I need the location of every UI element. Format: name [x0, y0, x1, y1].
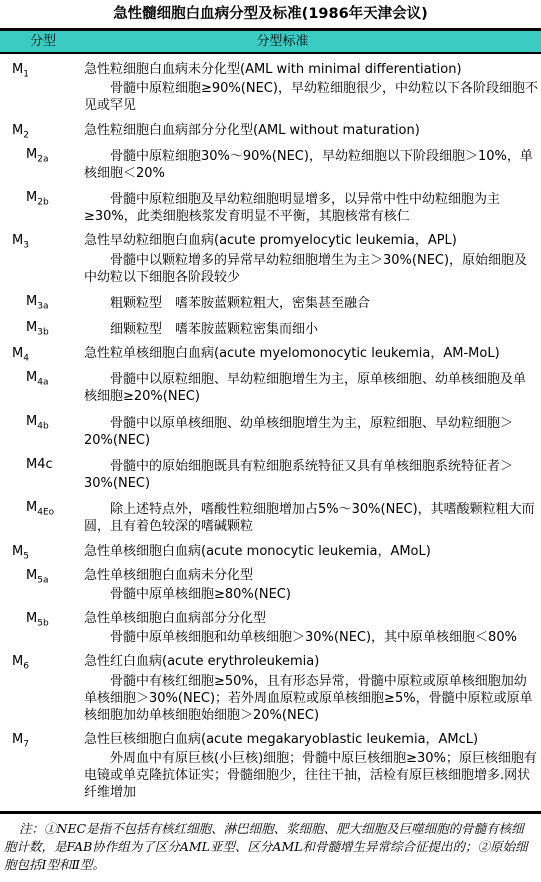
criteria-paragraph: 外周血中有原巨核(小巨核)细胞；骨髓中原巨核细胞≥30%；原巨核细胞有电镜或单克…	[84, 750, 538, 801]
criteria-paragraph: 骨髓中原粒细胞30%～90%(NEC)，早幼粒细胞以下阶段细胞＞10%，单核细胞…	[84, 148, 538, 182]
type-label-cell: M3	[0, 232, 84, 285]
type-label-cell: M1	[0, 61, 84, 114]
table-row: M3 急性早幼粒细胞白血病(acute promyelocytic leukem…	[0, 232, 541, 285]
type-label-cell: M2b	[0, 189, 84, 225]
criteria-cell: 骨髓中的原始细胞既具有粒细胞系统特征又具有单核细胞系统特征者＞30%(NEC)	[84, 456, 541, 492]
type-label: M5a	[26, 568, 48, 583]
type-label-cell: M2	[0, 122, 84, 139]
type-label-cell: M7	[0, 731, 84, 802]
type-label: M5b	[26, 611, 49, 626]
aml-classification-document: 急性髓细胞白血病分型及标准(1986年天津会议) 分型 分型标准 M1 急性粒细…	[0, 0, 541, 882]
criteria-cell: 急性早幼粒细胞白血病(acute promyelocytic leukemia，…	[84, 232, 541, 285]
type-label-cell: M4b	[0, 413, 84, 449]
type-label: M4a	[26, 370, 48, 385]
column-header-criteria: 分型标准	[84, 33, 541, 50]
criteria-cell: 骨髓中原粒细胞30%～90%(NEC)，早幼粒细胞以下阶段细胞＞10%，单核细胞…	[84, 146, 541, 182]
criteria-paragraph: 骨髓中原粒细胞≥90%(NEC)，早幼粒细胞很少，中幼粒以下各阶段细胞不见或罕见	[84, 80, 538, 114]
criteria-cell: 急性单核细胞白血病(acute monocytic leukemia，AMoL)	[84, 543, 541, 560]
type-label: M6	[12, 654, 29, 669]
table-row: M4c 骨髓中的原始细胞既具有粒细胞系统特征又具有单核细胞系统特征者＞30%(N…	[0, 456, 541, 492]
type-label-cell: M3b	[0, 319, 84, 338]
type-label-cell: M2a	[0, 146, 84, 182]
table-row: M5b 急性单核细胞白血病部分分化型骨髓中原单核细胞和幼单核细胞＞30%(NEC…	[0, 610, 541, 646]
type-label: M3	[12, 233, 29, 248]
table-row: M1 急性粒细胞白血病未分化型(AML with minimal differe…	[0, 61, 541, 114]
criteria-cell: 急性红白血病(acute erythroleukemia)骨髓中有核红细胞≥50…	[84, 653, 541, 724]
criteria-cell: 骨髓中以原单核细胞、幼单核细胞增生为主，原粒细胞、早幼粒细胞＞20%(NEC)	[84, 413, 541, 449]
table-row: M7 急性巨核细胞白血病(acute megakaryoblastic leuk…	[0, 731, 541, 802]
criteria-title: 急性单核细胞白血病(acute monocytic leukemia，AMoL)	[84, 543, 538, 560]
type-label: M2a	[26, 147, 48, 162]
table-header-row: 分型 分型标准	[0, 31, 541, 52]
table-row: M3a 粗颗粒型 嗜苯胺蓝颗粒粗大，密集甚至融合	[0, 293, 541, 312]
criteria-paragraph: 骨髓中的原始细胞既具有粒细胞系统特征又具有单核细胞系统特征者＞30%(NEC)	[84, 458, 538, 492]
type-label-cell: M4a	[0, 369, 84, 405]
criteria-paragraph: 细颗粒型 嗜苯胺蓝颗粒密集而细小	[84, 321, 538, 338]
table-row: M2 急性粒细胞白血病部分分化型(AML without maturation)	[0, 122, 541, 139]
table-row: M2a 骨髓中原粒细胞30%～90%(NEC)，早幼粒细胞以下阶段细胞＞10%，…	[0, 146, 541, 182]
criteria-paragraph: 骨髓中原粒细胞及早幼粒细胞明显增多，以异常中性中幼粒细胞为主≥30%，此类细胞核…	[84, 191, 538, 225]
type-label-cell: M4c	[0, 456, 84, 492]
criteria-paragraph: 骨髓中以原粒细胞、早幼粒细胞增生为主，原单核细胞、幼单核细胞及单核细胞≥20%(…	[84, 371, 538, 405]
criteria-cell: 细颗粒型 嗜苯胺蓝颗粒密集而细小	[84, 319, 541, 338]
type-label: M7	[12, 732, 29, 747]
type-label: M4c	[26, 457, 53, 472]
criteria-title: 急性粒细胞白血病未分化型(AML with minimal differenti…	[84, 61, 538, 78]
type-label: M5	[12, 544, 29, 559]
page-title: 急性髓细胞白血病分型及标准(1986年天津会议)	[0, 0, 541, 28]
type-label-cell: M4	[0, 345, 84, 362]
type-label: M3b	[26, 320, 49, 335]
criteria-paragraph: 骨髓中原单核细胞和幼单核细胞＞30%(NEC)，其中原单核细胞＜80%	[84, 629, 538, 646]
criteria-cell: 除上述特点外，嗜酸性粒细胞增加占5%～30%(NEC)，其嗜酸颗粒粗大而圆，且有…	[84, 499, 541, 535]
criteria-title: 急性单核细胞白血病部分分化型	[84, 610, 538, 627]
criteria-cell: 急性巨核细胞白血病(acute megakaryoblastic leukemi…	[84, 731, 541, 802]
table-row: M4Eo 除上述特点外，嗜酸性粒细胞增加占5%～30%(NEC)，其嗜酸颗粒粗大…	[0, 499, 541, 535]
type-label-cell: M5	[0, 543, 84, 560]
criteria-cell: 粗颗粒型 嗜苯胺蓝颗粒粗大，密集甚至融合	[84, 293, 541, 312]
criteria-title: 急性单核细胞白血病未分化型	[84, 567, 538, 584]
criteria-cell: 急性单核细胞白血病部分分化型骨髓中原单核细胞和幼单核细胞＞30%(NEC)，其中…	[84, 610, 541, 646]
type-label-cell: M4Eo	[0, 499, 84, 535]
criteria-title: 急性巨核细胞白血病(acute megakaryoblastic leukemi…	[84, 731, 538, 748]
table-row: M6 急性红白血病(acute erythroleukemia)骨髓中有核红细胞…	[0, 653, 541, 724]
footnote: 注：①NEC是指不包括有核红细胞、淋巴细胞、浆细胞、肥大细胞及巨噬细胞的骨髓有核…	[0, 814, 541, 882]
type-label: M2b	[26, 190, 49, 205]
criteria-paragraph: 骨髓中以原单核细胞、幼单核细胞增生为主，原粒细胞、早幼粒细胞＞20%(NEC)	[84, 415, 538, 449]
criteria-title: 急性粒单核细胞白血病(acute myelomonocytic leukemia…	[84, 345, 538, 362]
type-label: M2	[12, 123, 29, 138]
criteria-title: 急性红白血病(acute erythroleukemia)	[84, 653, 538, 670]
criteria-cell: 急性单核细胞白血病未分化型骨髓中原单核细胞≥80%(NEC)	[84, 567, 541, 603]
type-label: M4	[12, 346, 29, 361]
criteria-cell: 骨髓中原粒细胞及早幼粒细胞明显增多，以异常中性中幼粒细胞为主≥30%，此类细胞核…	[84, 189, 541, 225]
type-label-cell: M3a	[0, 293, 84, 312]
criteria-cell: 急性粒细胞白血病部分分化型(AML without maturation)	[84, 122, 541, 139]
column-header-type: 分型	[0, 33, 84, 50]
criteria-paragraph: 粗颗粒型 嗜苯胺蓝颗粒粗大，密集甚至融合	[84, 295, 538, 312]
table-row: M2b 骨髓中原粒细胞及早幼粒细胞明显增多，以异常中性中幼粒细胞为主≥30%，此…	[0, 189, 541, 225]
type-label-cell: M6	[0, 653, 84, 724]
table-row: M4a 骨髓中以原粒细胞、早幼粒细胞增生为主，原单核细胞、幼单核细胞及单核细胞≥…	[0, 369, 541, 405]
type-label: M4Eo	[26, 500, 54, 515]
type-label-cell: M5b	[0, 610, 84, 646]
criteria-cell: 骨髓中以原粒细胞、早幼粒细胞增生为主，原单核细胞、幼单核细胞及单核细胞≥20%(…	[84, 369, 541, 405]
table-row: M5a 急性单核细胞白血病未分化型骨髓中原单核细胞≥80%(NEC)	[0, 567, 541, 603]
table-row: M5 急性单核细胞白血病(acute monocytic leukemia，AM…	[0, 543, 541, 560]
table-row: M4b 骨髓中以原单核细胞、幼单核细胞增生为主，原粒细胞、早幼粒细胞＞20%(N…	[0, 413, 541, 449]
criteria-title: 急性粒细胞白血病部分分化型(AML without maturation)	[84, 122, 538, 139]
criteria-title: 急性早幼粒细胞白血病(acute promyelocytic leukemia，…	[84, 232, 538, 249]
criteria-cell: 急性粒细胞白血病未分化型(AML with minimal differenti…	[84, 61, 541, 114]
table-row: M4 急性粒单核细胞白血病(acute myelomonocytic leuke…	[0, 345, 541, 362]
type-label: M4b	[26, 414, 49, 429]
table-row: M3b 细颗粒型 嗜苯胺蓝颗粒密集而细小	[0, 319, 541, 338]
type-label-cell: M5a	[0, 567, 84, 603]
criteria-paragraph: 骨髓中原单核细胞≥80%(NEC)	[84, 586, 538, 603]
criteria-paragraph: 骨髓中以颗粒增多的异常早幼粒细胞增生为主＞30%(NEC)，原始细胞及中幼粒以下…	[84, 252, 538, 286]
type-label: M3a	[26, 294, 48, 309]
type-label: M1	[12, 62, 29, 77]
criteria-paragraph: 除上述特点外，嗜酸性粒细胞增加占5%～30%(NEC)，其嗜酸颗粒粗大而圆，且有…	[84, 501, 538, 535]
criteria-paragraph: 骨髓中有核红细胞≥50%，且有形态异常，骨髓中原粒或原单核细胞加幼单核细胞＞30…	[84, 673, 538, 724]
table-body: M1 急性粒细胞白血病未分化型(AML with minimal differe…	[0, 54, 541, 810]
criteria-cell: 急性粒单核细胞白血病(acute myelomonocytic leukemia…	[84, 345, 541, 362]
